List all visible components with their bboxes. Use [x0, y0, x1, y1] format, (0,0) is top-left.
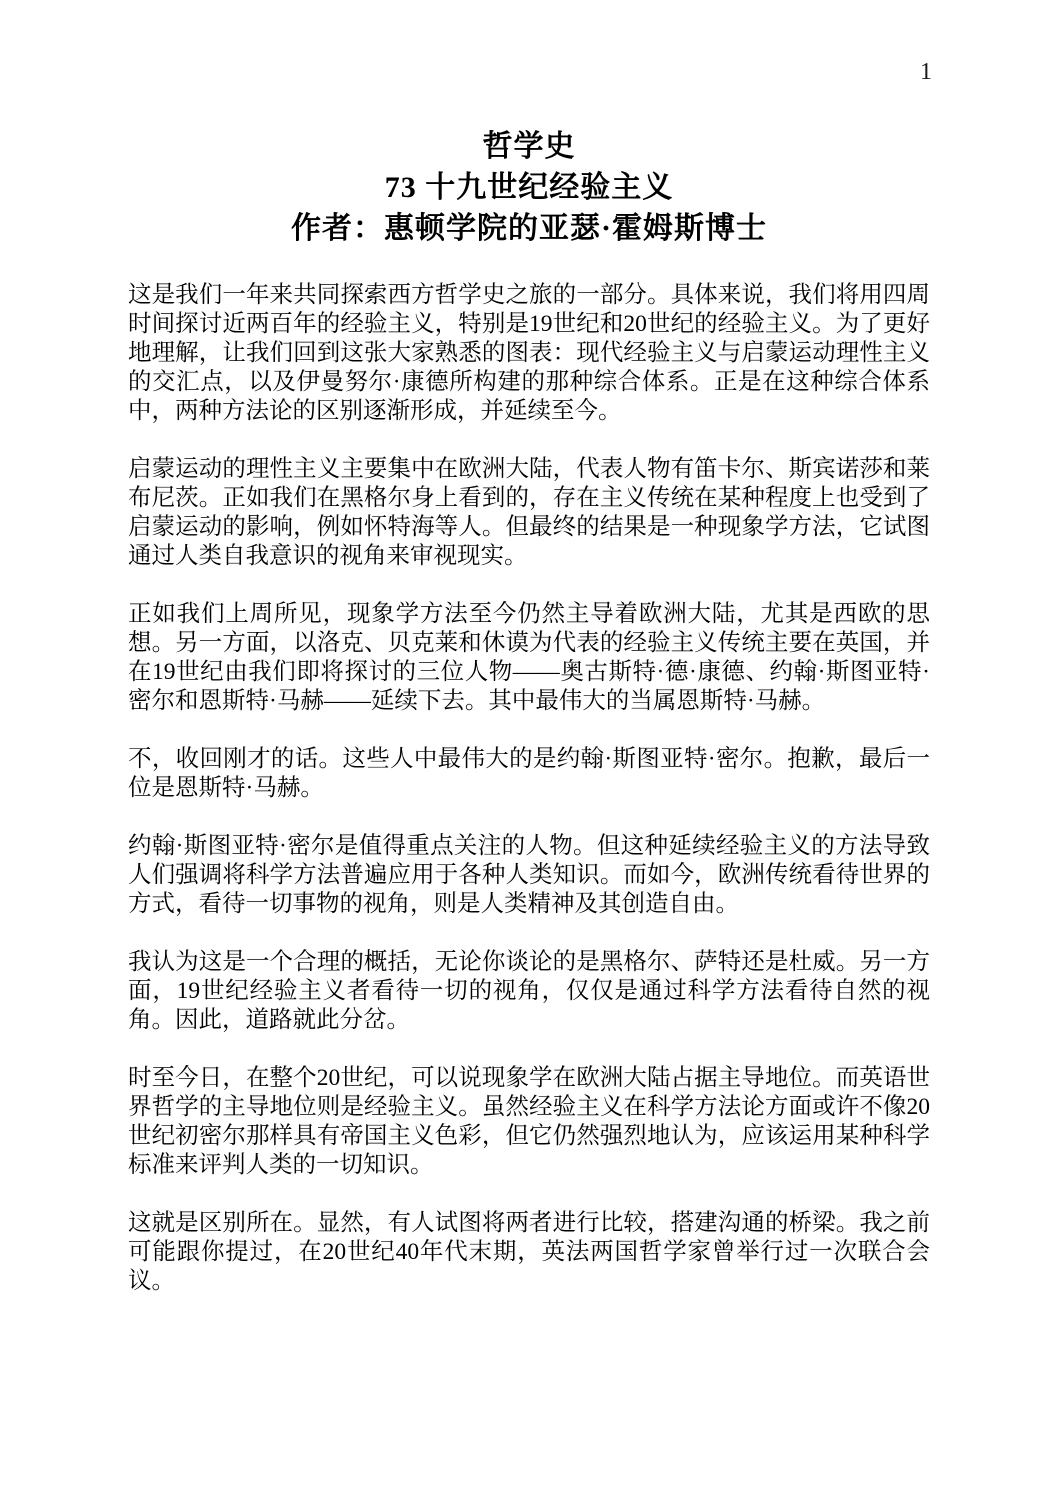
document-body: 这是我们一年来共同探索西方哲学史之旅的一部分。具体来说，我们将用四周时间探讨近两… [128, 281, 930, 1296]
title-line-author: 作者：惠顿学院的亚瑟·霍姆斯博士 [128, 208, 930, 249]
title-line-lecture: 73 十九世纪经验主义 [128, 167, 930, 208]
body-paragraph: 这是我们一年来共同探索西方哲学史之旅的一部分。具体来说，我们将用四周时间探讨近两… [128, 281, 930, 426]
body-paragraph: 正如我们上周所见，现象学方法至今仍然主导着欧洲大陆，尤其是西欧的思想。另一方面，… [128, 600, 930, 716]
title-line-subject: 哲学史 [128, 126, 930, 167]
body-paragraph: 约翰·斯图亚特·密尔是值得重点关注的人物。但这种延续经验主义的方法导致人们强调将… [128, 832, 930, 919]
body-paragraph: 这就是区别所在。显然，有人试图将两者进行比较，搭建沟通的桥梁。我之前可能跟你提过… [128, 1209, 930, 1296]
page-number: 1 [920, 58, 932, 86]
body-paragraph: 时至今日，在整个20世纪，可以说现象学在欧洲大陆占据主导地位。而英语世界哲学的主… [128, 1064, 930, 1180]
body-paragraph: 我认为这是一个合理的概括，无论你谈论的是黑格尔、萨特还是杜威。另一方面，19世纪… [128, 948, 930, 1035]
document-page: 1 哲学史 73 十九世纪经验主义 作者：惠顿学院的亚瑟·霍姆斯博士 这是我们一… [0, 0, 1058, 1497]
document-title: 哲学史 73 十九世纪经验主义 作者：惠顿学院的亚瑟·霍姆斯博士 [128, 126, 930, 249]
body-paragraph: 不，收回刚才的话。这些人中最伟大的是约翰·斯图亚特·密尔。抱歉，最后一位是恩斯特… [128, 745, 930, 803]
body-paragraph: 启蒙运动的理性主义主要集中在欧洲大陆，代表人物有笛卡尔、斯宾诺莎和莱布尼茨。正如… [128, 455, 930, 571]
